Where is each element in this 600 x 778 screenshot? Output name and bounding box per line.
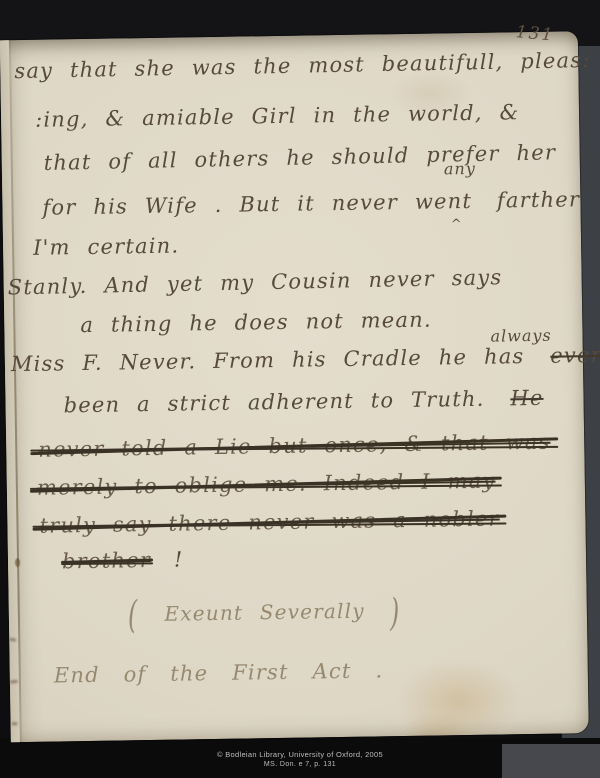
deleted-word-brother: brother [62, 548, 151, 573]
line4-text: for his Wife . But it never went [42, 189, 472, 220]
manuscript-line-5: I'm certain. [33, 236, 179, 259]
interline-insertion-always: always [490, 326, 551, 346]
manuscript-line-3: that of all others he should prefer her [44, 142, 557, 174]
manuscript-line-6: Stanly. And yet my Cousin never says [8, 267, 503, 298]
line8-text: Miss F. Never. From his Cradle he has [11, 344, 525, 376]
paren-open: ( [128, 595, 139, 633]
deleted-line-11: merely to oblige me. Indeed I may [37, 469, 496, 500]
end-of-act-line: End of the First Act . [54, 660, 384, 686]
manuscript-line-4: for his Wife . But it never went farther [42, 189, 580, 218]
manuscript-line-1: say that she was the most beautifull, pl… [14, 50, 591, 82]
deleted-line-10: never told a Lie but once, & that was [38, 430, 551, 462]
exeunt-label: Exeunt Severally [164, 599, 365, 626]
page-number: 131 [515, 22, 555, 45]
insertion-caret: ^ [451, 217, 462, 232]
stage-direction-exeunt: ( Exeunt Severally ) [129, 600, 401, 624]
ink-blot [15, 558, 20, 567]
manuscript-line-2: :ing, & amiable Girl in the world, & [35, 102, 520, 131]
manuscript-line-9: been a strict adherent to Truth. He [63, 388, 543, 417]
interline-insertion-any: any [444, 159, 476, 178]
line4-text-farther: farther [497, 187, 581, 212]
exclamation-mark: ! [174, 547, 184, 571]
copyright-line: © Bodleian Library, University of Oxford… [0, 750, 600, 759]
deleted-line-12: truly say there never was a nobler [39, 507, 500, 538]
manuscript-page: 131 say that she was the most beautifull… [0, 31, 589, 742]
paren-close: ) [390, 593, 401, 631]
manuscript-line-7: a thing he does not mean. [80, 310, 432, 337]
manuscript-line-13: brother ! [62, 549, 184, 572]
manuscript-line-8: Miss F. Never. From his Cradle he has ev… [11, 345, 600, 375]
show-through-mark [12, 722, 18, 725]
shelfmark-line: MS. Don. e 7, p. 131 [0, 761, 600, 768]
line9-struck-word: He [510, 386, 544, 411]
footer-caption: © Bodleian Library, University of Oxford… [0, 750, 600, 768]
line8-struck-word: ever [550, 343, 600, 368]
line9-text: been a strict adherent to Truth. [63, 387, 484, 418]
